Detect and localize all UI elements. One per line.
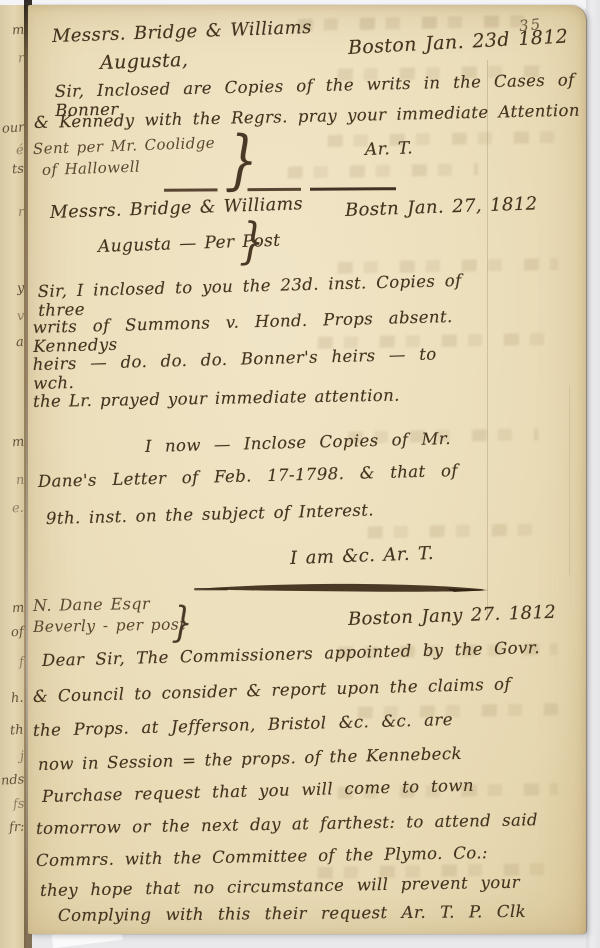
- fold-line: [569, 385, 570, 575]
- margin-fragment: th: [10, 723, 25, 739]
- brace-mark: }: [225, 127, 259, 193]
- margin-fragment: fr:: [8, 819, 24, 835]
- margin-fragment: of: [11, 625, 25, 641]
- brace-mark: }: [239, 216, 264, 266]
- bleedthrough-mark: [318, 131, 558, 147]
- bleedthrough-mark: [358, 523, 548, 538]
- margin-fragment: nds: [0, 772, 24, 789]
- margin-fragment: our: [1, 120, 24, 137]
- bleedthrough-mark: [278, 163, 478, 178]
- scan-background-right: [586, 0, 600, 948]
- brace-mark: }: [171, 601, 192, 643]
- letter-3-recipient-line2: Beverly - per post: [33, 615, 186, 636]
- margin-fragment: e.: [12, 501, 25, 517]
- letter-1-recipient-line2: Augusta,: [100, 49, 189, 74]
- letter-3-recipient-line1: N. Dane Esqr: [33, 594, 150, 615]
- fold-line: [487, 60, 488, 620]
- margin-fragment: m: [11, 601, 24, 617]
- letter-1-signature: Ar. T.: [365, 138, 414, 160]
- margin-fragment: m: [11, 435, 24, 451]
- letter-1-postscript-line: of Hallowell: [42, 158, 141, 179]
- facing-page-edge: m r our é ts r y v a m n e. m of f h. th…: [0, 5, 26, 948]
- margin-fragment: m: [11, 23, 24, 39]
- scanned-letterbook-page: m r our é ts r y v a m n e. m of f h. th…: [0, 0, 600, 948]
- margin-fragment: ts: [12, 162, 25, 178]
- flourish-divider: [194, 580, 490, 596]
- margin-fragment: h.: [11, 691, 25, 707]
- margin-fragment: fs: [12, 797, 25, 813]
